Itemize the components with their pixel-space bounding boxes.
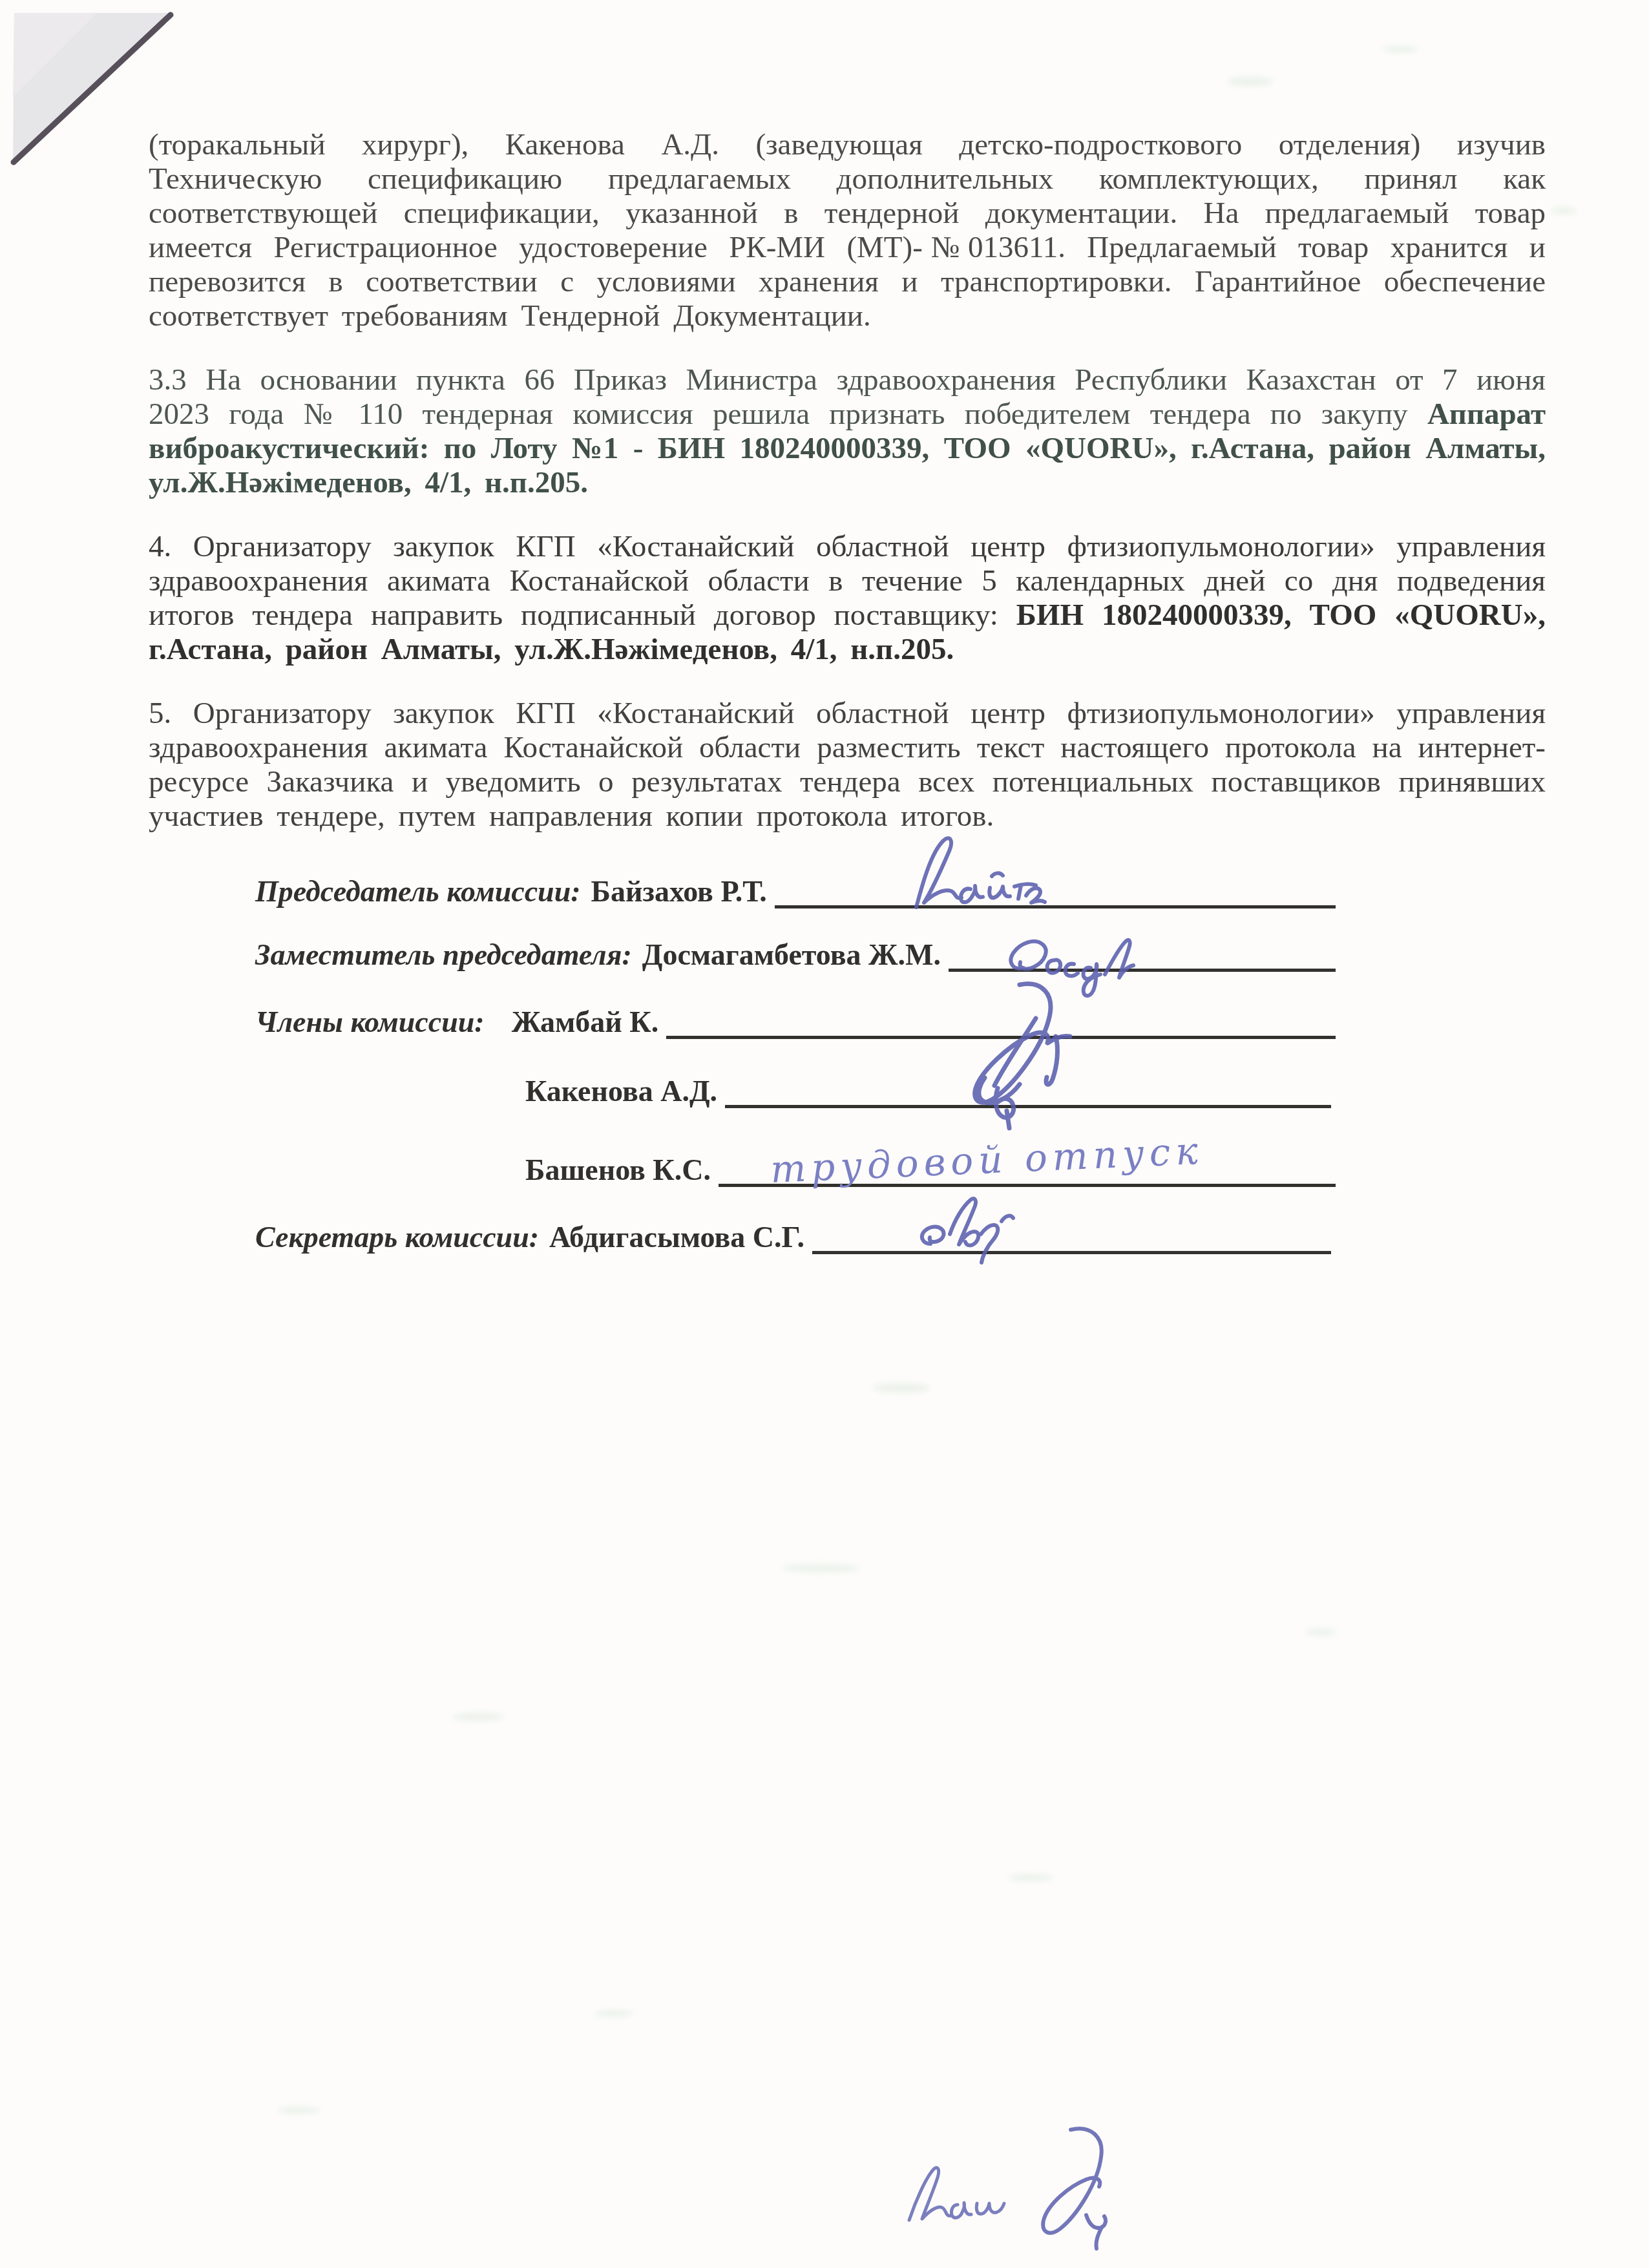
signature-role-label: Секретарь комиссии: xyxy=(255,1220,539,1254)
scan-artifact xyxy=(1305,1628,1336,1636)
scan-artifact xyxy=(1228,76,1273,87)
signature-row-chairman: Председатель комиссии: Байзахов Р.Т. xyxy=(255,868,1336,908)
signature-row-secretary: Секретарь комиссии: Абдигасымова С.Г. xyxy=(255,1214,1331,1254)
scan-artifact xyxy=(278,2106,320,2114)
paragraph-intro: (торакальный хирург), Какенова А.Д. (зав… xyxy=(149,128,1546,333)
paragraph-4: 4. Организатору закупок КГП «Костанайски… xyxy=(149,530,1546,667)
signature-role-label: Члены комиссии: xyxy=(255,1005,485,1039)
signature-row-deputy: Заместитель председателя: Досмагамбетова… xyxy=(255,932,1336,972)
signature-name: Жамбай К. xyxy=(512,1005,659,1039)
paragraph-intro-text: (торакальный хирург), Какенова А.Д. (зав… xyxy=(149,128,1546,333)
document-body: (торакальный хирург), Какенова А.Д. (зав… xyxy=(149,128,1546,863)
signature-name: Байзахов Р.Т. xyxy=(591,874,767,908)
scan-artifact xyxy=(1383,45,1418,53)
signature-row-member-1: Члены комиссии: Жамбай К. xyxy=(255,999,1336,1039)
scan-artifact xyxy=(872,1383,930,1393)
signature-line xyxy=(949,929,1336,972)
signature-ink-bottom-small xyxy=(899,2162,1016,2230)
scanned-document-page: (торакальный хирург), Какенова А.Д. (зав… xyxy=(0,0,1649,2268)
signature-role-label: Председатель комиссии: xyxy=(255,874,581,908)
signature-ink-bottom-large xyxy=(1024,2125,1121,2260)
signature-line xyxy=(666,996,1336,1039)
signature-role-label: Заместитель председателя: xyxy=(255,938,632,972)
scan-artifact xyxy=(1551,207,1577,215)
paragraph-5: 5. Организатору закупок КГП «Костанайски… xyxy=(149,697,1546,834)
signature-line xyxy=(725,1065,1331,1108)
signature-line xyxy=(812,1211,1331,1254)
scan-artifact xyxy=(594,2010,633,2017)
signature-name: Абдигасымова С.Г. xyxy=(549,1220,804,1254)
scan-artifact xyxy=(452,1712,504,1721)
signature-name: Досмагамбетова Ж.М. xyxy=(642,938,941,972)
signature-name: Какенова А.Д. xyxy=(525,1074,717,1108)
signature-line xyxy=(775,865,1336,908)
paragraph-3-3-lead: 3.3 На основании пункта 66 Приказ Минист… xyxy=(149,363,1546,431)
scan-artifact xyxy=(1008,1874,1053,1882)
scan-artifact xyxy=(782,1564,859,1573)
paragraph-5-text: 5. Организатору закупок КГП «Костанайски… xyxy=(149,697,1546,833)
paragraph-3-3: 3.3 На основании пункта 66 Приказ Минист… xyxy=(149,363,1546,500)
signature-row-member-2: Какенова А.Д. xyxy=(525,1068,1331,1108)
signature-name: Башенов К.С. xyxy=(525,1153,711,1187)
